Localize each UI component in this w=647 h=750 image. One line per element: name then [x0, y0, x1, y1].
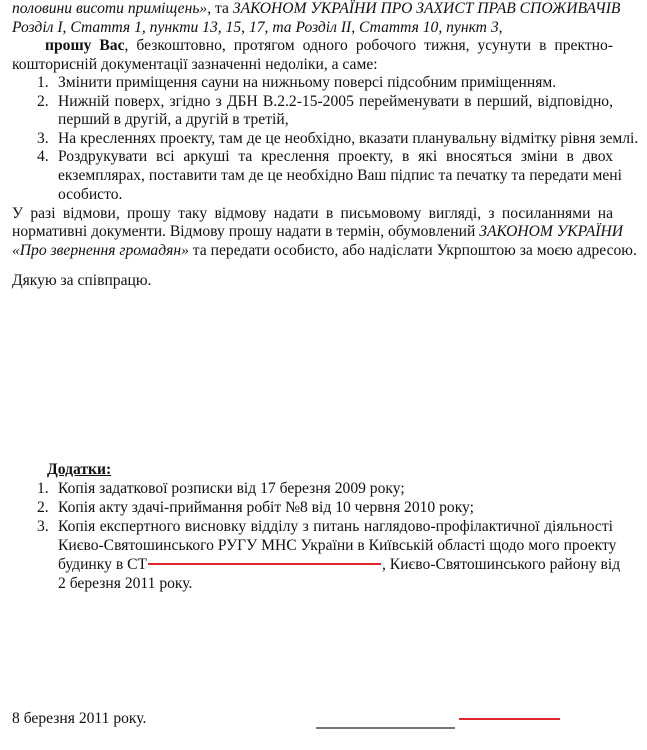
request-line-1: прошу Вас, безкоштовно, протягом одного …	[45, 37, 613, 56]
attachments-heading: Додатки:	[47, 461, 111, 480]
intro-line-2: Розділ І, Стаття 1, пункти 13, 15, 17, т…	[12, 19, 503, 38]
request-line-2: кошторисній документації зазначенні недо…	[12, 56, 378, 75]
signature-line	[316, 727, 455, 729]
attachment-item-2: Копія акту здачі-приймання робіт №8 від …	[58, 499, 474, 518]
refusal-line-1: У разі відмови, прошу таку відмову надат…	[12, 205, 613, 224]
attachment-item-3: Копія експертного висновку відділу з пит…	[58, 518, 613, 537]
request-item-4: Роздрукувати всі аркуші та креслення про…	[58, 148, 613, 167]
redacted-name-line	[459, 718, 560, 720]
refusal-line-3: «Про звернення громадян» та передати осо…	[12, 242, 637, 261]
attachment-item-1: Копія задаткової розписки від 17 березня…	[58, 480, 405, 499]
request-item-3: На кресленнях проекту, там де це необхід…	[58, 130, 638, 149]
letter-date: 8 березня 2011 року.	[12, 710, 146, 729]
request-item-1: Змінити приміщення сауни на нижньому пов…	[58, 74, 556, 93]
request-item-2: Нижній поверх, згідно з ДБН В.2.2-15-200…	[58, 93, 613, 112]
thanks-text: Дякую за співпрацю.	[12, 272, 151, 291]
intro-line-1: половини висоти приміщень», та ЗАКОНОМ У…	[12, 0, 613, 19]
redacted-address-line	[148, 563, 381, 565]
refusal-line-2: нормативні документи. Відмову прошу нада…	[12, 223, 613, 242]
